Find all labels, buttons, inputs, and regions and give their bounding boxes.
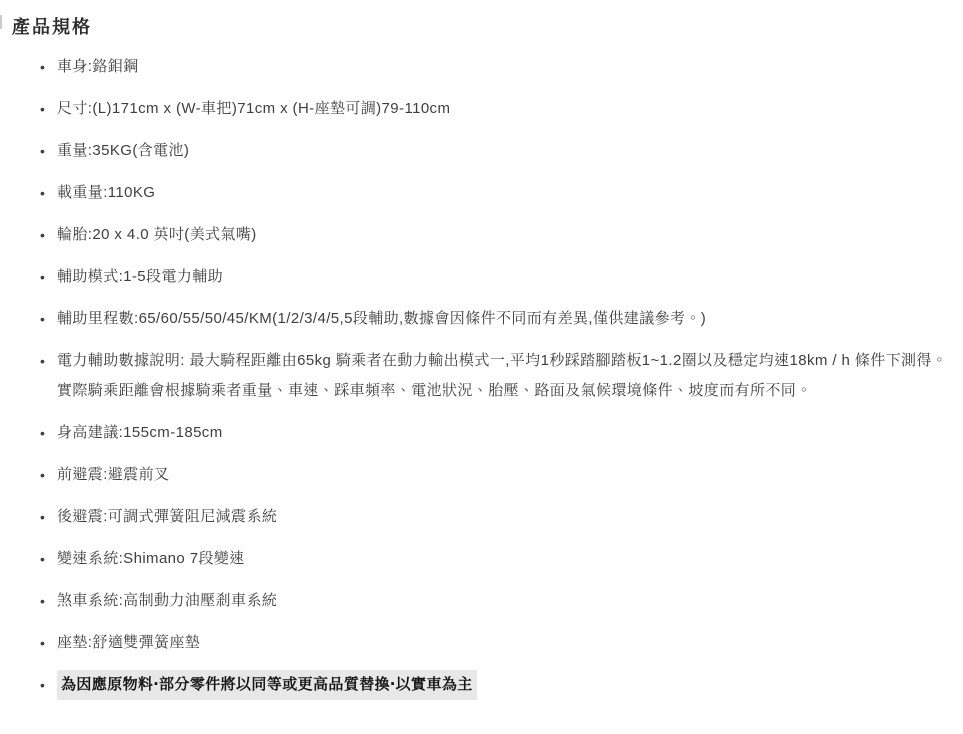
spec-text: 輪胎:20 x 4.0 英吋(美式氣嘴) — [57, 220, 951, 250]
spec-text: 前避震:避震前叉 — [57, 460, 951, 490]
bullet-icon: • — [40, 418, 57, 448]
bullet-icon: • — [40, 178, 57, 208]
bullet-icon: • — [40, 544, 57, 574]
spec-text: 重量:35KG(含電池) — [57, 136, 951, 166]
spec-item-gears: • 變速系統:Shimano 7段變速 — [40, 544, 951, 574]
product-spec-section: 產品規格 • 車身:鉻鉬鋼 • 尺寸:(L)171cm x (W-車把)71cm… — [0, 0, 963, 700]
spec-text: 後避震:可調式彈簧阻尼減震系統 — [57, 502, 951, 532]
spec-list: • 車身:鉻鉬鋼 • 尺寸:(L)171cm x (W-車把)71cm x (H… — [12, 52, 951, 700]
spec-text: 尺寸:(L)171cm x (W-車把)71cm x (H-座墊可調)79-11… — [57, 94, 951, 124]
spec-text: 電力輔助數據說明: 最大騎程距離由65kg 騎乘者在動力輸出模式一,平均1秒踩踏… — [57, 346, 951, 406]
bullet-icon: • — [40, 346, 57, 376]
bullet-icon: • — [40, 586, 57, 616]
spec-item-height-recommendation: • 身高建議:155cm-185cm — [40, 418, 951, 448]
bullet-icon: • — [40, 670, 57, 700]
spec-text: 輔助模式:1-5段電力輔助 — [57, 262, 951, 292]
spec-item-tires: • 輪胎:20 x 4.0 英吋(美式氣嘴) — [40, 220, 951, 250]
spec-item-assist-data-note: • 電力輔助數據說明: 最大騎程距離由65kg 騎乘者在動力輸出模式一,平均1秒… — [40, 346, 951, 406]
bullet-icon: • — [40, 304, 57, 334]
spec-text: 載重量:110KG — [57, 178, 951, 208]
bullet-icon: • — [40, 460, 57, 490]
spec-item-frame: • 車身:鉻鉬鋼 — [40, 52, 951, 82]
page-title: 產品規格 — [12, 15, 951, 39]
bullet-icon: • — [40, 52, 57, 82]
spec-item-assist-mode: • 輔助模式:1-5段電力輔助 — [40, 262, 951, 292]
spec-text: 車身:鉻鉬鋼 — [57, 52, 951, 82]
bullet-icon: • — [40, 502, 57, 532]
spec-text: 煞車系統:高制動力油壓剎車系統 — [57, 586, 951, 616]
bullet-icon: • — [40, 94, 57, 124]
bullet-icon: • — [40, 220, 57, 250]
spec-item-brakes: • 煞車系統:高制動力油壓剎車系統 — [40, 586, 951, 616]
spec-item-load-capacity: • 載重量:110KG — [40, 178, 951, 208]
bullet-icon: • — [40, 136, 57, 166]
spec-text: 變速系統:Shimano 7段變速 — [57, 544, 951, 574]
bullet-icon: • — [40, 628, 57, 658]
spec-notice-text: 為因應原物料‧部分零件將以同等或更高品質替換‧以實車為主 — [57, 670, 477, 700]
spec-text: 輔助里程數:65/60/55/50/45/KM(1/2/3/4/5,5段輔助,數… — [57, 304, 951, 334]
page-edge-fragment — [0, 15, 2, 29]
bullet-icon: • — [40, 262, 57, 292]
spec-item-saddle: • 座墊:舒適雙彈簧座墊 — [40, 628, 951, 658]
spec-item-dimensions: • 尺寸:(L)171cm x (W-車把)71cm x (H-座墊可調)79-… — [40, 94, 951, 124]
spec-text: 座墊:舒適雙彈簧座墊 — [57, 628, 951, 658]
spec-item-assist-range: • 輔助里程數:65/60/55/50/45/KM(1/2/3/4/5,5段輔助… — [40, 304, 951, 334]
spec-text: 身高建議:155cm-185cm — [57, 418, 951, 448]
spec-item-rear-suspension: • 後避震:可調式彈簧阻尼減震系統 — [40, 502, 951, 532]
spec-item-weight: • 重量:35KG(含電池) — [40, 136, 951, 166]
spec-item-replacement-notice: • 為因應原物料‧部分零件將以同等或更高品質替換‧以實車為主 — [40, 670, 951, 700]
spec-item-front-suspension: • 前避震:避震前叉 — [40, 460, 951, 490]
